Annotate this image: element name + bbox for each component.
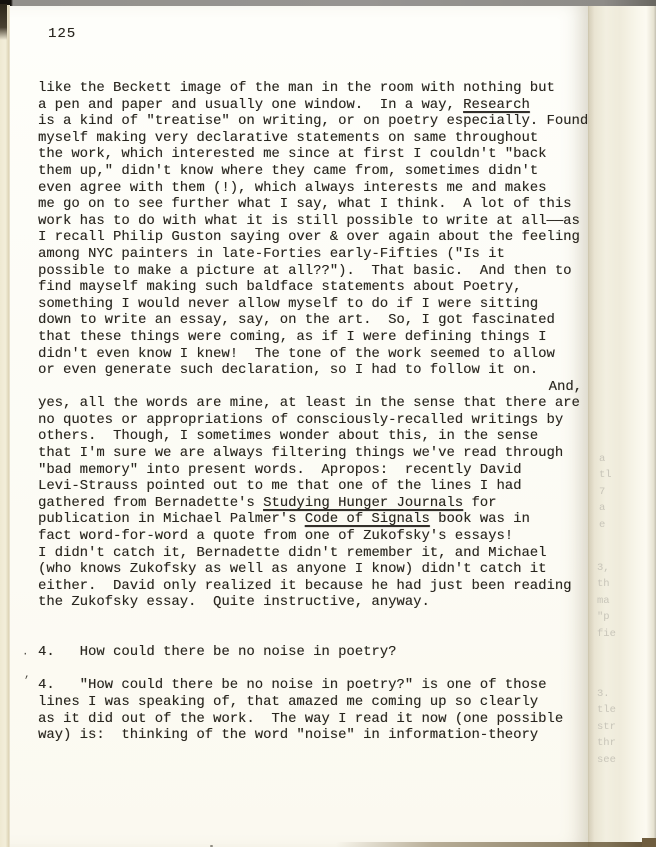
text-segment: gathered from Bernadette's bbox=[38, 495, 263, 511]
text-line: among NYC painters in late-Forties early… bbox=[38, 246, 584, 263]
bleed-through-text: 3. tle str thr see bbox=[597, 686, 616, 768]
text-segment: a pen and paper and usually one window. … bbox=[38, 97, 463, 113]
text-line: no quotes or appropriations of conscious… bbox=[38, 412, 584, 429]
text-line: that these things were coming, as if I w… bbox=[38, 329, 584, 346]
text-line: gathered from Bernadette's Studying Hung… bbox=[38, 495, 584, 512]
text-line: I recall Philip Guston saying over & ove… bbox=[38, 229, 584, 246]
answer-line: lines I was speaking of, that amazed me … bbox=[38, 694, 584, 711]
text-line: possible to make a picture at all??"). T… bbox=[38, 263, 584, 280]
book-bottom-edge-shadow bbox=[336, 842, 656, 847]
text-line: yes, all the words are mine, at least in… bbox=[38, 395, 584, 412]
text-line: or even generate such declaration, so I … bbox=[38, 362, 584, 379]
answer-line: 4. "How could there be no noise in poetr… bbox=[38, 677, 584, 694]
underlined-title: Code of Signals bbox=[305, 511, 430, 527]
page-body: like the Beckett image of the man in the… bbox=[38, 80, 584, 744]
bleed-through-text: 3, th ma "p fie bbox=[597, 560, 616, 642]
text-segment: for bbox=[463, 495, 496, 511]
text-line: the Zukofsky essay. Quite instructive, a… bbox=[38, 594, 584, 611]
stray-mark: · bbox=[22, 650, 29, 661]
text-line: find mayself making such baldface statem… bbox=[38, 279, 584, 296]
text-line: a pen and paper and usually one window. … bbox=[38, 97, 584, 114]
text-line: work has to do with what it is still pos… bbox=[38, 213, 584, 230]
text-line: something I would never allow myself to … bbox=[38, 296, 584, 313]
text-line: Levi-Strauss pointed out to me that one … bbox=[38, 478, 584, 495]
blank-line bbox=[38, 661, 584, 678]
underlined-title: Research bbox=[463, 97, 530, 113]
page-number: 125 bbox=[48, 26, 76, 42]
text-line: publication in Michael Palmer's Code of … bbox=[38, 511, 584, 528]
book-page-edges-left bbox=[0, 5, 10, 847]
book-page: 125 like the Beckett image of the man in… bbox=[10, 6, 588, 847]
text-line: is a kind of "treatise" on writing, or o… bbox=[38, 113, 584, 130]
text-line: even agree with them (!), which always i… bbox=[38, 180, 584, 197]
text-line: the work, which interested me since at f… bbox=[38, 146, 584, 163]
book-spine-shadow bbox=[0, 4, 7, 40]
stray-mark: , bbox=[24, 670, 31, 681]
bleed-through-text: a tl 7 a e bbox=[599, 451, 612, 533]
text-line: either. David only realized it because h… bbox=[38, 578, 584, 595]
text-line: I didn't catch it, Bernadette didn't rem… bbox=[38, 545, 584, 562]
underlined-title: Studying Hunger Journals bbox=[263, 495, 463, 511]
text-line: "bad memory" into present words. Apropos… bbox=[38, 462, 584, 479]
text-line: (who knows Zukofsky as well as anyone I … bbox=[38, 561, 584, 578]
blank-line bbox=[38, 628, 584, 645]
text-line: didn't even know I knew! The tone of the… bbox=[38, 346, 584, 363]
blank-line bbox=[38, 611, 584, 628]
answer-line: way) is: thinking of the word "noise" in… bbox=[38, 727, 584, 744]
text-segment: publication in Michael Palmer's bbox=[38, 511, 305, 527]
text-line: them up," didn't know where they came fr… bbox=[38, 163, 584, 180]
text-line: like the Beckett image of the man in the… bbox=[38, 80, 584, 97]
text-line: me go on to see further what I say, what… bbox=[38, 196, 584, 213]
paragraph-lead-word-line: And, bbox=[38, 379, 584, 396]
text-segment: book was in bbox=[430, 511, 530, 527]
text-line: that I'm sure we are always filtering th… bbox=[38, 445, 584, 462]
text-line: down to write an essay, say, on the art.… bbox=[38, 312, 584, 329]
text-line: fact word-for-word a quote from one of Z… bbox=[38, 528, 584, 545]
scanned-book-page: 125 like the Beckett image of the man in… bbox=[0, 0, 656, 847]
question-line: 4. How could there be no noise in poetry… bbox=[38, 644, 584, 661]
adjacent-page-curve: a tl 7 a e 3, th ma "p fie 3. tle str th… bbox=[588, 6, 656, 847]
book-bottom-corner bbox=[642, 838, 656, 847]
text-line: others. Though, I sometimes wonder about… bbox=[38, 428, 584, 445]
text-line: myself making very declarative statement… bbox=[38, 130, 584, 147]
answer-line: as it did out of the work. The way I rea… bbox=[38, 711, 584, 728]
